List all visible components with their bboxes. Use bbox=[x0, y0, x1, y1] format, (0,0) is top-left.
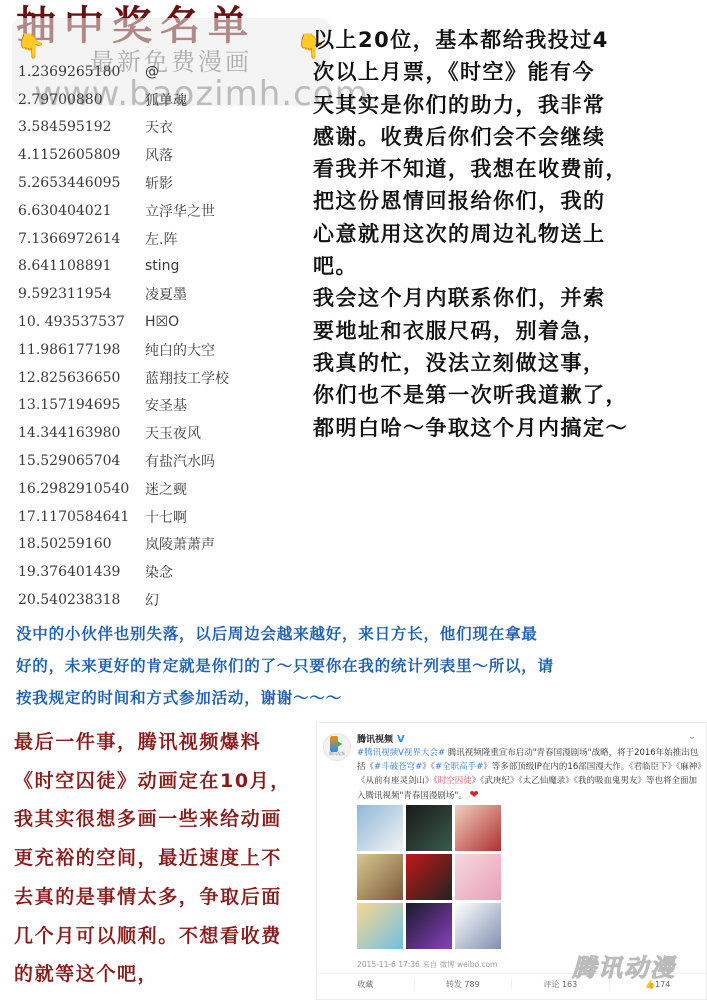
winner-row: 2.79700880狐单魂 bbox=[18, 86, 308, 114]
winner-name: 立浮华之世 bbox=[145, 201, 215, 221]
text-line: 次以上月票，《时空》能有今 bbox=[313, 56, 703, 88]
winner-row: 7.1366972614左.阵 bbox=[18, 225, 308, 253]
winner-name: 染念 bbox=[145, 562, 173, 582]
winner-name: 蓝翔技工学校 bbox=[145, 368, 229, 388]
text-line: 按我规定的时间和方式参加活动，谢谢～～～ bbox=[16, 682, 696, 714]
winner-row: 18.50259160岚陵萧萧声 bbox=[18, 531, 308, 559]
author-name: 腾讯视频 bbox=[357, 735, 393, 745]
winner-id: 16.2982910540 bbox=[18, 481, 145, 497]
winner-name: 风落 bbox=[145, 145, 173, 165]
heart-icon: ❤ bbox=[470, 788, 479, 801]
winner-row: 10. 493537537H☒O bbox=[18, 308, 308, 336]
text-line: 我会这个月内联系你们，并索 bbox=[313, 282, 703, 314]
winner-id: 4.1152605809 bbox=[18, 147, 145, 163]
text-line: 都明白哈～争取这个月内搞定～ bbox=[313, 412, 703, 444]
winner-row: 9.592311954凌夏墨 bbox=[18, 280, 308, 308]
winner-id: 9.592311954 bbox=[18, 286, 145, 302]
winner-row: 14.344163980天玉夜风 bbox=[18, 419, 308, 447]
winner-id: 17.1170584641 bbox=[18, 509, 145, 525]
text-line: 感谢。收费后你们会不会继续 bbox=[313, 121, 703, 153]
text-line: 天其实是你们的助力，我非常 bbox=[313, 89, 703, 121]
comic-thumbnail[interactable] bbox=[455, 903, 501, 949]
winner-row: 19.376401439染念 bbox=[18, 558, 308, 586]
avatar[interactable]: 腾讯视频 bbox=[323, 733, 351, 761]
winner-name: 有盐汽水吗 bbox=[145, 451, 215, 471]
winner-name: 幻 bbox=[145, 590, 159, 610]
text-line: 心意就用这次的周边礼物送上 bbox=[313, 218, 703, 250]
winner-id: 11.986177198 bbox=[18, 342, 145, 358]
winner-name: 岚陵萧萧声 bbox=[145, 534, 215, 554]
text-line: 没中的小伙伴也别失落，以后周边会越来越好，来日方长，他们现在拿最 bbox=[16, 618, 696, 650]
thanks-message: 以上20位，基本都给我投过4次以上月票，《时空》能有今天其实是你们的助力，我非常… bbox=[313, 24, 703, 444]
text-line: 好的，未来更好的肯定就是你们的了～只要你在我的统计列表里～所以，请 bbox=[16, 650, 696, 682]
post-timestamp: 2015-11-6 17:36 来自 微博 weibo.com bbox=[357, 959, 497, 970]
post-body: #腾讯视频V视界大会# 腾讯视频隆重宣布启动"青春国漫剧场"战略，将于2016年… bbox=[357, 746, 702, 803]
winner-row: 20.540238318幻 bbox=[18, 586, 308, 614]
winner-row: 17.1170584641十七啊 bbox=[18, 503, 308, 531]
consolation-message: 没中的小伙伴也别失落，以后周边会越来越好，来日方长，他们现在拿最好的，未来更好的… bbox=[16, 618, 696, 714]
text-line: 以上20位，基本都给我投过4 bbox=[313, 24, 703, 56]
post-author[interactable]: 腾讯视频V bbox=[357, 732, 405, 745]
winner-id: 19.376401439 bbox=[18, 564, 145, 580]
winner-name: 十七啊 bbox=[145, 507, 187, 527]
winner-id: 15.529065704 bbox=[18, 453, 145, 469]
comic-thumbnail[interactable] bbox=[406, 903, 452, 949]
chevron-down-icon[interactable]: ⌄ bbox=[688, 731, 696, 742]
winner-row: 12.825636650蓝翔技工学校 bbox=[18, 364, 308, 392]
text-line: 的就等这个吧， bbox=[14, 955, 319, 994]
comic-thumbnail[interactable] bbox=[406, 854, 452, 900]
winner-id: 10. 493537537 bbox=[18, 314, 145, 330]
winner-row: 1.2369265180@ bbox=[18, 58, 308, 86]
repost-button[interactable]: 转发 789 bbox=[415, 979, 513, 990]
winner-name: 左.阵 bbox=[145, 229, 177, 249]
winner-row: 5.2653446095斩影 bbox=[18, 169, 308, 197]
winner-name: 斩影 bbox=[145, 173, 173, 193]
text-line: 吧。 bbox=[313, 250, 703, 282]
comic-thumbnail[interactable] bbox=[455, 805, 501, 851]
winner-row: 6.630404021立浮华之世 bbox=[18, 197, 308, 225]
text-line: 几个月可以顺利。不想看收费 bbox=[14, 917, 319, 956]
text-line: 更充裕的空间，最近速度上不 bbox=[14, 839, 319, 878]
text-line: 我其实很想多画一些来给动画 bbox=[14, 800, 319, 839]
winner-name: 安圣基 bbox=[145, 395, 187, 415]
winner-row: 13.157194695安圣基 bbox=[18, 392, 308, 420]
text-line: 把这份恩情回报给你们，我的 bbox=[313, 185, 703, 217]
text-line: 去真的是事情太多，争取后面 bbox=[14, 878, 319, 917]
text-line: 你们也不是第一次听我道歉了， bbox=[313, 379, 703, 411]
winner-row: 15.529065704有盐汽水吗 bbox=[18, 447, 308, 475]
winner-id: 12.825636650 bbox=[18, 370, 145, 386]
winner-id: 1.2369265180 bbox=[18, 64, 145, 80]
winner-row: 3.584595192天衣 bbox=[18, 114, 308, 142]
winner-row: 16.2982910540迷之觋 bbox=[18, 475, 308, 503]
text-line: 最后一件事，腾讯视频爆料 bbox=[14, 723, 319, 762]
winner-name: 天衣 bbox=[145, 117, 173, 137]
winner-name: sting bbox=[145, 258, 179, 274]
winner-id: 5.2653446095 bbox=[18, 175, 145, 191]
winner-name: 凌夏墨 bbox=[145, 284, 187, 304]
winner-id: 18.50259160 bbox=[18, 536, 145, 552]
winner-id: 8.641108891 bbox=[18, 258, 145, 274]
comic-thumbnail[interactable] bbox=[455, 854, 501, 900]
hashtag-link[interactable]: #斗破苍穹# bbox=[374, 762, 422, 772]
text-line: 我真的忙，没法立刻做这事， bbox=[313, 347, 703, 379]
tencent-comic-watermark: 腾讯动漫 bbox=[572, 948, 676, 983]
winner-id: 20.540238318 bbox=[18, 592, 145, 608]
text-line: 看我并不知道，我想在收费前， bbox=[313, 153, 703, 185]
announcement-message: 最后一件事，腾讯视频爆料《时空囚徒》动画定在10月，我其实很想多画一些来给动画更… bbox=[14, 723, 319, 994]
hashtag-link[interactable]: #全职高手# bbox=[435, 762, 483, 772]
winner-id: 6.630404021 bbox=[18, 203, 145, 219]
highlighted-title: 时空囚徒 bbox=[438, 776, 472, 786]
winner-row: 11.986177198纯白的大空 bbox=[18, 336, 308, 364]
winner-name: H☒O bbox=[145, 314, 179, 330]
pointing-hand-icon: 👇 bbox=[16, 32, 46, 60]
winner-id: 2.79700880 bbox=[18, 92, 145, 108]
image-grid bbox=[357, 805, 503, 949]
winner-list: 1.2369265180@2.79700880狐单魂3.584595192天衣4… bbox=[18, 58, 308, 614]
comic-thumbnail[interactable] bbox=[357, 903, 403, 949]
comic-thumbnail[interactable] bbox=[357, 805, 403, 851]
winner-row: 8.641108891sting bbox=[18, 253, 308, 281]
winner-name: @ bbox=[145, 64, 159, 80]
tencent-video-logo-icon bbox=[333, 738, 342, 750]
comic-thumbnail[interactable] bbox=[406, 805, 452, 851]
text-line: 要地址和衣服尺码，别着急， bbox=[313, 315, 703, 347]
comic-thumbnail[interactable] bbox=[357, 854, 403, 900]
winner-id: 13.157194695 bbox=[18, 397, 145, 413]
winner-id: 3.584595192 bbox=[18, 119, 145, 135]
winner-id: 14.344163980 bbox=[18, 425, 145, 441]
winner-name: 纯白的大空 bbox=[145, 340, 215, 360]
verified-icon: V bbox=[397, 734, 405, 745]
winner-row: 4.1152605809风落 bbox=[18, 141, 308, 169]
winner-name: 天玉夜风 bbox=[145, 423, 201, 443]
winner-name: 狐单魂 bbox=[145, 90, 187, 110]
favorite-button[interactable]: 收藏 bbox=[317, 979, 415, 990]
winner-id: 7.1366972614 bbox=[18, 231, 145, 247]
text-line: 《时空囚徒》动画定在10月， bbox=[14, 762, 319, 801]
hashtag-link[interactable]: #腾讯视频V视界大会# bbox=[357, 748, 445, 758]
winner-name: 迷之觋 bbox=[145, 479, 187, 499]
